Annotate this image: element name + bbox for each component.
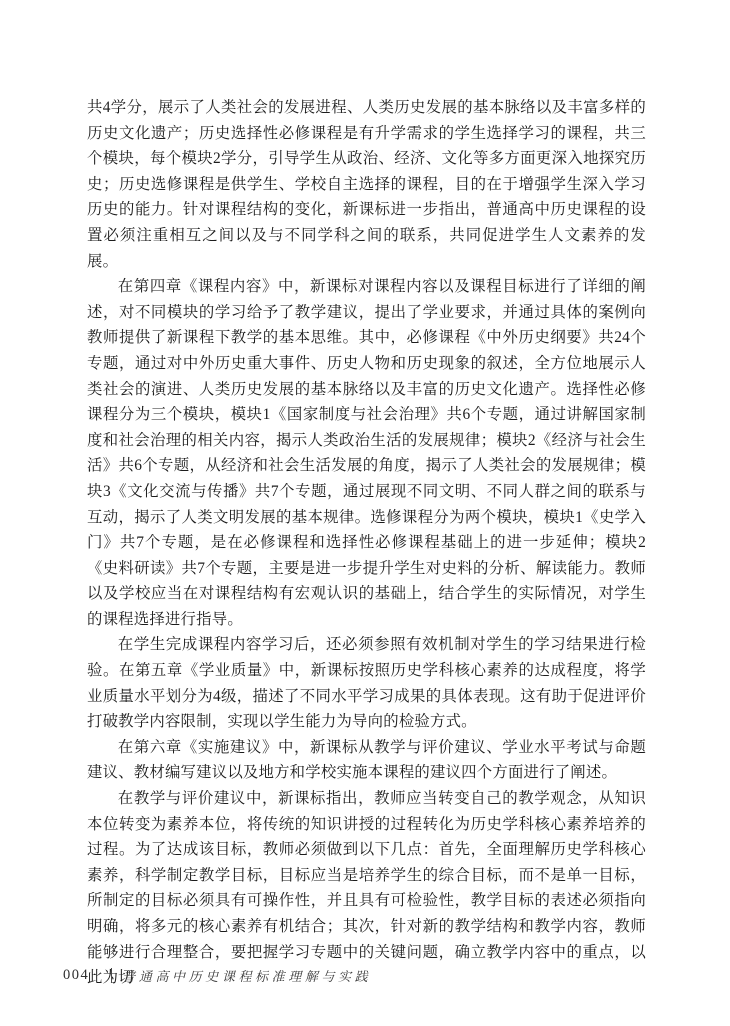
body-text: 共4学分，展示了人类社会的发展进程、人类历史发展的基本脉络以及丰富多样的历史文化… [87, 95, 646, 991]
paragraph-teaching-evaluation: 在教学与评价建议中，新课标指出，教师应当转变自己的教学观念，从知识本位转变为素养… [87, 786, 646, 991]
paragraph-chapter-four-content: 在第四章《课程内容》中，新课标对课程内容以及课程目标进行了详细的阐述，对不同模块… [87, 274, 646, 632]
page-number: 004 [63, 967, 89, 984]
footer-divider [111, 968, 112, 983]
book-page: 共4学分，展示了人类社会的发展进程、人类历史发展的基本脉络以及丰富多样的历史文化… [0, 0, 730, 1026]
book-title: 普通高中历史课程标准理解与实践 [122, 966, 371, 985]
paragraph-chapter-five-quality: 在学生完成课程内容学习后，还必须参照有效机制对学生的学习结果进行检验。在第五章《… [87, 632, 646, 734]
page-footer: 004 普通高中历史课程标准理解与实践 [63, 964, 663, 986]
paragraph-chapter-six-suggestions: 在第六章《实施建议》中，新课标从教学与评价建议、学业水平考试与命题建议、教材编写… [87, 735, 646, 786]
paragraph-course-structure: 共4学分，展示了人类社会的发展进程、人类历史发展的基本脉络以及丰富多样的历史文化… [87, 95, 646, 274]
